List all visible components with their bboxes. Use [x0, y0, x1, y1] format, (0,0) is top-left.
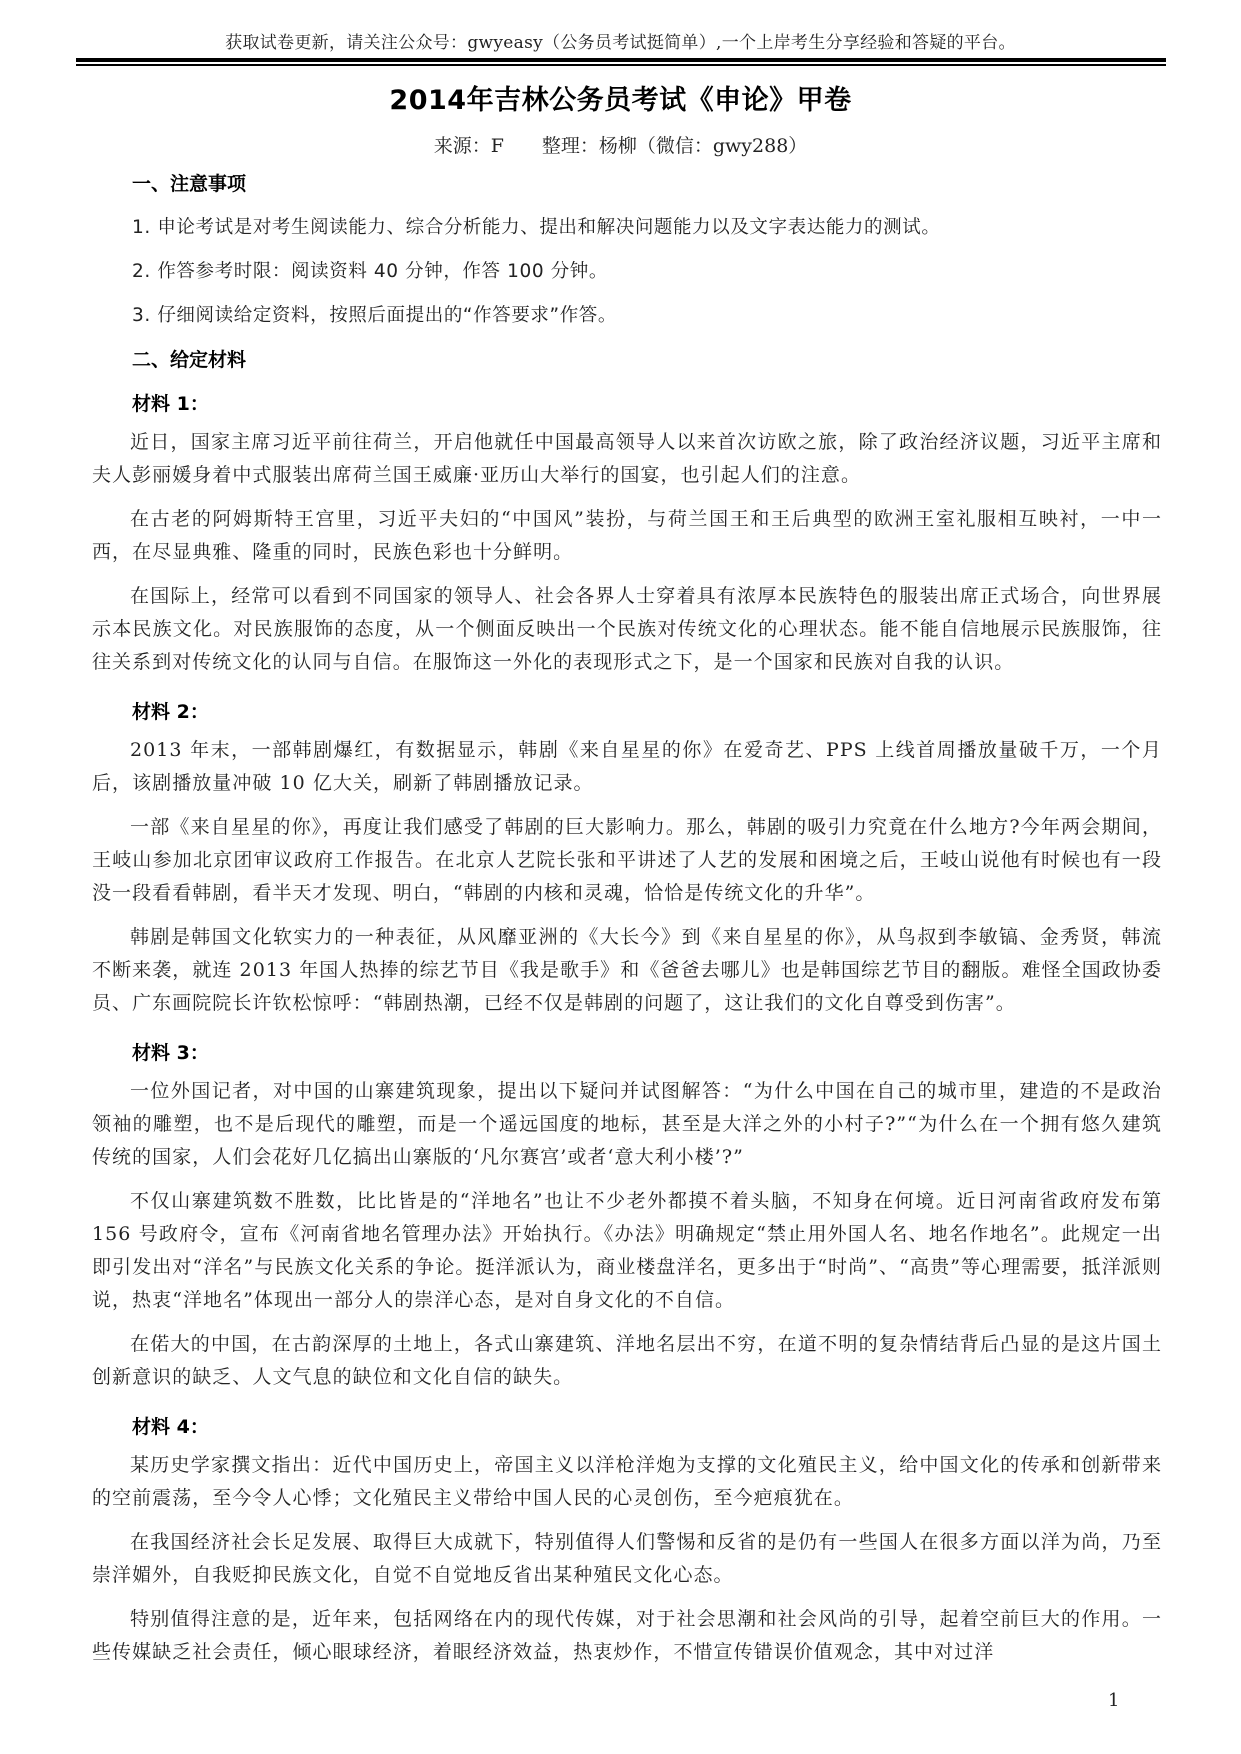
- paragraph: 一部《来自星星的你》，再度让我们感受了韩剧的巨大影响力。那么，韩剧的吸引力究竟在…: [92, 811, 1162, 910]
- paragraph: 近日，国家主席习近平前往荷兰，开启他就任中国最高领导人以来首次访欧之旅，除了政治…: [92, 426, 1162, 492]
- document-body: 一、注意事项 1. 申论考试是对考生阅读能力、综合分析能力、提出和解决问题能力以…: [92, 162, 1162, 1680]
- paragraph: 在国际上，经常可以看到不同国家的领导人、社会各界人士穿着具有浓厚本民族特色的服装…: [92, 580, 1162, 679]
- material-heading: 材料 1：: [132, 382, 1162, 426]
- notice-item: 1. 申论考试是对考生阅读能力、综合分析能力、提出和解决问题能力以及文字表达能力…: [132, 206, 1162, 250]
- notice-item: 3. 仔细阅读给定资料，按照后面提出的“作答要求”作答。: [132, 294, 1162, 338]
- paragraph: 在我国经济社会长足发展、取得巨大成就下，特别值得人们警惕和反省的是仍有一些国人在…: [92, 1526, 1162, 1592]
- paragraph: 一位外国记者，对中国的山寨建筑现象，提出以下疑问并试图解答：“为什么中国在自己的…: [92, 1075, 1162, 1174]
- paragraph: 韩剧是韩国文化软实力的一种表征，从风靡亚洲的《大长今》到《来自星星的你》，从鸟叔…: [92, 921, 1162, 1020]
- paragraph: 特别值得注意的是，近年来，包括网络在内的现代传媒，对于社会思潮和社会风尚的引导，…: [92, 1603, 1162, 1669]
- notice-item: 2. 作答参考时限：阅读资料 40 分钟，作答 100 分钟。: [132, 250, 1162, 294]
- source-line: 来源：F 整理：杨柳（微信：gwy288）: [0, 131, 1241, 158]
- paragraph: 在偌大的中国，在古韵深厚的土地上，各式山寨建筑、洋地名层出不穷，在道不明的复杂情…: [92, 1328, 1162, 1394]
- material-heading: 材料 2：: [132, 690, 1162, 734]
- page-title: 2014年吉林公务员考试《申论》甲卷: [0, 78, 1241, 117]
- paragraph: 在古老的阿姆斯特王宫里，习近平夫妇的“中国风”装扮，与荷兰国王和王后典型的欧洲王…: [92, 503, 1162, 569]
- section-heading-notice: 一、注意事项: [132, 162, 1162, 206]
- material-3: 材料 3： 一位外国记者，对中国的山寨建筑现象，提出以下疑问并试图解答：“为什么…: [92, 1031, 1162, 1394]
- page-number: 1: [1108, 1690, 1119, 1711]
- material-heading: 材料 3：: [132, 1031, 1162, 1075]
- section-heading-materials: 二、给定材料: [132, 338, 1162, 382]
- paragraph: 不仅山寨建筑数不胜数，比比皆是的“洋地名”也让不少老外都摸不着头脑，不知身在何境…: [92, 1185, 1162, 1317]
- paragraph: 2013 年末，一部韩剧爆红，有数据显示，韩剧《来自星星的你》在爱奇艺、PPS …: [92, 734, 1162, 800]
- material-heading: 材料 4：: [132, 1405, 1162, 1449]
- paragraph: 某历史学家撰文指出：近代中国历史上，帝国主义以洋枪洋炮为支撑的文化殖民主义，给中…: [92, 1449, 1162, 1515]
- material-2: 材料 2： 2013 年末，一部韩剧爆红，有数据显示，韩剧《来自星星的你》在爱奇…: [92, 690, 1162, 1020]
- material-4: 材料 4： 某历史学家撰文指出：近代中国历史上，帝国主义以洋枪洋炮为支撑的文化殖…: [92, 1405, 1162, 1669]
- header-note: 获取试卷更新，请关注公众号：gwyeasy（公务员考试挺简单）,一个上岸考生分享…: [0, 28, 1241, 53]
- material-1: 材料 1： 近日，国家主席习近平前往荷兰，开启他就任中国最高领导人以来首次访欧之…: [92, 382, 1162, 679]
- header-rule-divider: [76, 58, 1166, 66]
